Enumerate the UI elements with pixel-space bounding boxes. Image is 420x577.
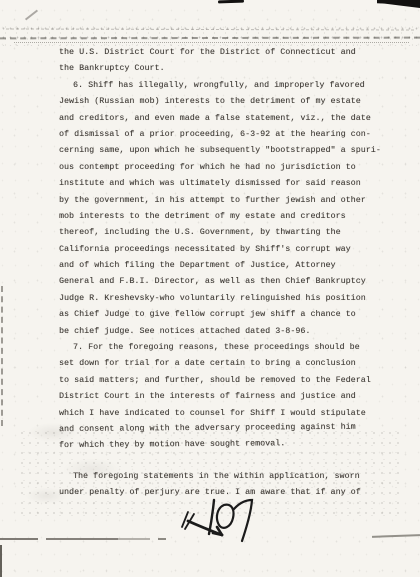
- scan-artifact-left-margin-dashes: [1, 286, 3, 426]
- scan-artifact-bottom-left-edge-mark: [0, 545, 2, 577]
- document-line: and of which filing the Department of Ju…: [59, 258, 399, 274]
- document-line: 7. For the foregoing reasons, these proc…: [59, 340, 399, 356]
- document-line: California proceedings necessitated by S…: [59, 242, 399, 258]
- scan-artifact-top-right-blob: [377, 0, 420, 8]
- document-line: The foregoing statements in the within a…: [59, 469, 399, 485]
- scan-artifact-bottom-line-right: [372, 534, 420, 538]
- digit-0-stroke: [217, 505, 234, 528]
- document-line: ous contempt proceeding for which he had…: [59, 160, 399, 176]
- document-line: as Chief Judge to give fellow corrupt je…: [59, 307, 399, 323]
- document-line: the Bankruptcy Court.: [59, 61, 399, 77]
- handwritten-page-number: 107: [178, 492, 278, 554]
- document-line: cerning same, upon which he subsequently…: [59, 143, 399, 159]
- scan-artifact-noise-line-2: [0, 37, 420, 40]
- scan-artifact-top-center-bar: [218, 0, 244, 3]
- scan-artifact-noise-line-1: [6, 28, 414, 30]
- document-line: set down for trial for a date certain to…: [59, 356, 399, 372]
- document-line: to said matters; and further, should be …: [59, 373, 399, 389]
- scan-artifact-bottom-line-left: [0, 538, 170, 540]
- document-line: mob interests to the detriment of my est…: [59, 209, 399, 225]
- scan-artifact-speckle-band-top: [0, 24, 420, 46]
- scan-artifact-noise-line-3: [14, 42, 409, 43]
- document-line: Judge R. Kreshevsky-who voluntarily reli…: [59, 291, 399, 307]
- document-line: be chief judge. See notices attached dat…: [59, 324, 399, 340]
- document-line: thereof, including the U.S. Government, …: [59, 225, 399, 241]
- document-line: institute and which was ultimately dismi…: [59, 176, 399, 192]
- document-line: District Court in the interests of fairn…: [59, 389, 399, 405]
- document-line: for which they by motion have sought rem…: [59, 436, 399, 455]
- digit-7-stroke: [234, 500, 252, 541]
- document-line: and creditors, and even made a false sta…: [59, 111, 399, 127]
- scanned-document-page: the U.S. District Court for the District…: [0, 0, 420, 577]
- scan-artifact-top-left-scratch: [25, 10, 38, 21]
- handwritten-107-drawing: [178, 492, 278, 554]
- document-line: of dismissal of a prior proceeding, 6-3-…: [59, 127, 399, 143]
- document-body: the U.S. District Court for the District…: [59, 45, 399, 502]
- document-line: General and F.B.I. Director, as well as …: [59, 274, 399, 290]
- document-line: 6. Shiff has illegally, wrongfully, and …: [59, 78, 399, 94]
- document-line: Jewish (Russian mob) interests to the de…: [59, 94, 399, 110]
- document-line: by the government, in his attempt to fur…: [59, 193, 399, 209]
- document-line: the U.S. District Court for the District…: [59, 45, 399, 61]
